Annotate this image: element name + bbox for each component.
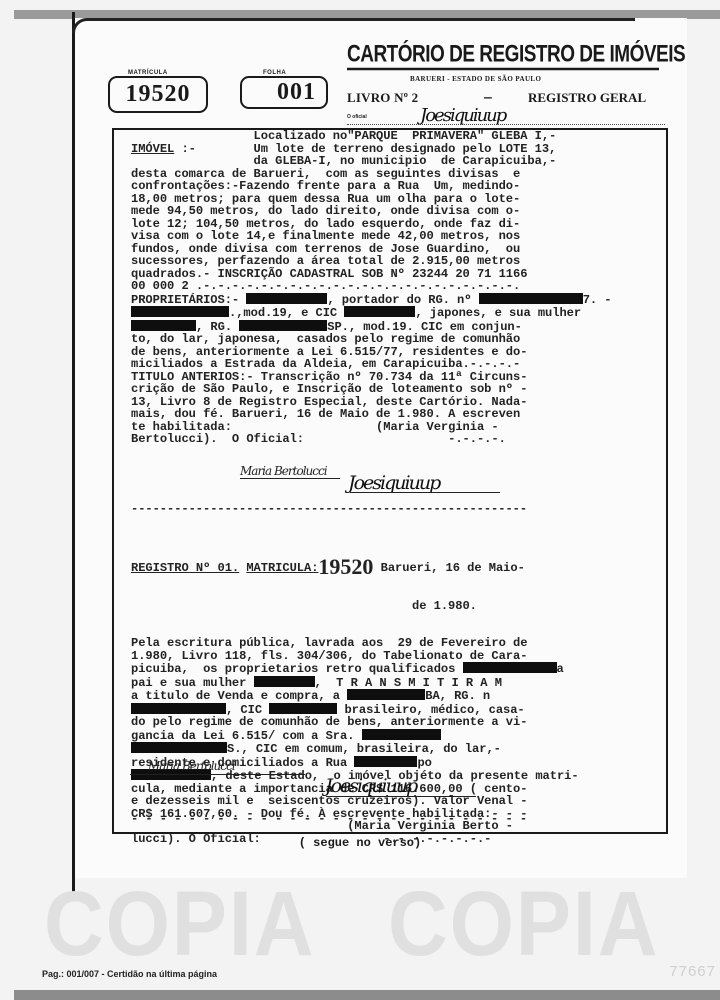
text-line: mede 94,50 metros, do lado direito, onde…	[131, 205, 612, 218]
oficial-signature-line: O oficial	[347, 114, 665, 125]
signature-underline	[130, 774, 305, 775]
escrevente-signature-2: Maria Bertolucci	[148, 759, 235, 773]
registro-date-1: Barueri, 16 de Maio-	[381, 561, 525, 575]
escrevente-signature-1: Maria Bertolucci	[240, 464, 327, 478]
redaction-bar	[362, 729, 441, 740]
text-line: visa com o lote 14,e finalmente mede 42,…	[131, 230, 612, 243]
serial-number: 77667	[669, 963, 716, 980]
text-line: PROPRIETÁRIOS:- , portador do RG. nº 7. …	[131, 293, 612, 307]
registro-date-2: de 1.980.	[131, 600, 579, 613]
page-footer: Pag.: 001/007 - Certidão na última págin…	[42, 969, 217, 979]
imovel-section: Localizado no"PARQUE PRIMAVERA" GLEBA I,…	[131, 130, 612, 446]
watermark-copia: COPIA	[388, 872, 659, 977]
registro-section: REGISTRO Nº 01. MATRICULA:19520 Barueri,…	[131, 536, 579, 858]
text-line: miciliados a Estrada da Aldeia, em Carap…	[131, 358, 612, 371]
signature-underline	[326, 796, 476, 797]
livro-dash: —	[484, 90, 492, 105]
folha-number: 001	[277, 79, 316, 106]
oficial-label: O oficial	[347, 114, 367, 120]
redaction-bar	[131, 742, 227, 753]
text-line: , CIC brasileiro, médico, casa-	[131, 703, 579, 717]
text-line: mais, dou fé. Barueri, 16 de Maio de 1.9…	[131, 408, 612, 421]
text-line: Pela escritura pública, lavrada aos 29 d…	[131, 637, 579, 650]
section-separator: ----------------------------------------…	[131, 502, 651, 516]
text-line: picuiba, os proprietarios retro qualific…	[131, 662, 579, 676]
continuation-note: ( segue no verso)	[0, 836, 720, 850]
text-line: do pelo regime de comunhão de bens, ante…	[131, 716, 579, 729]
text-line: confrontações:-Fazendo frente para a Rua…	[131, 180, 612, 193]
redaction-bar	[463, 662, 557, 673]
text-line: .,mod.19, e CIC , japones, e sua mulher	[131, 306, 612, 320]
folha-label: FOLHA	[260, 70, 289, 76]
redaction-bar	[479, 293, 583, 304]
text-line: gancia da Lei 6.515/ com a Sra.	[131, 729, 579, 743]
registro-heading: REGISTRO Nº 01. MATRICULA:19520 Barueri,…	[131, 561, 579, 575]
folha-box: 001	[240, 76, 328, 109]
redaction-bar	[347, 689, 425, 700]
registro-matricula-label: MATRICULA:	[246, 561, 318, 575]
text-line: sucessores, perfazendo a área total de 2…	[131, 255, 612, 268]
office-subtitle: BARUERI - ESTADO DE SÃO PAULO	[410, 75, 541, 83]
text-line: da GLEBA-I, no municipio de Carapicuiba,…	[131, 155, 612, 168]
redaction-bar	[254, 676, 315, 687]
redaction-bar	[344, 306, 415, 317]
signature-underline	[350, 492, 500, 493]
text-line: crição de São Paulo, e Inscrição de lote…	[131, 383, 612, 396]
watermark-copia: COPIA	[44, 872, 315, 977]
registro-matricula-number: 19520	[318, 554, 373, 579]
redaction-bar	[239, 320, 327, 331]
registro-geral: REGISTRO GERAL	[528, 90, 646, 106]
section-separator-2: - - - - - - - - - - - - - - - - - - - - …	[131, 812, 651, 826]
scan-bottom-edge	[14, 990, 720, 1000]
text-line: Localizado no"PARQUE PRIMAVERA" GLEBA I,…	[131, 130, 612, 143]
livro-number: LIVRO Nº 2	[347, 90, 418, 106]
text-line: 00 000 2 .-.-.-.-.-.-.-.-.-.-.-.-.-.-.-.…	[131, 280, 612, 293]
page-corner-curve	[72, 18, 635, 33]
redaction-bar	[246, 293, 327, 304]
redaction-bar	[131, 306, 229, 317]
redaction-bar	[354, 756, 417, 767]
matricula-box: 19520	[108, 76, 208, 113]
office-title: CARTÓRIO DE REGISTRO DE IMÓVEIS	[347, 44, 659, 70]
text-line: a titulo de Venda e compra, a BA, RG. n	[131, 689, 579, 703]
registro-title: REGISTRO Nº 01.	[131, 561, 239, 575]
signature-underline	[240, 478, 340, 479]
text-line: to, do lar, japonesa, casados pelo regim…	[131, 333, 612, 346]
redaction-bar	[269, 703, 337, 714]
matricula-label: MATRÍCULA	[125, 70, 171, 76]
text-line: S., CIC em comum, brasileira, do lar,-	[131, 742, 579, 756]
redaction-bar	[131, 703, 226, 714]
text-line: , RG. SP., mod.19. CIC em conjun-	[131, 320, 612, 334]
matricula-number: 19520	[126, 81, 191, 108]
text-line: Bertolucci). O Oficial: -.-.-.-.	[131, 433, 612, 446]
redaction-bar	[131, 320, 196, 331]
text-line: pai e sua mulher , T R A N S M I T I R A…	[131, 676, 579, 690]
text-line: 1.980, Livro 118, fls. 304/306, do Tabel…	[131, 650, 579, 663]
